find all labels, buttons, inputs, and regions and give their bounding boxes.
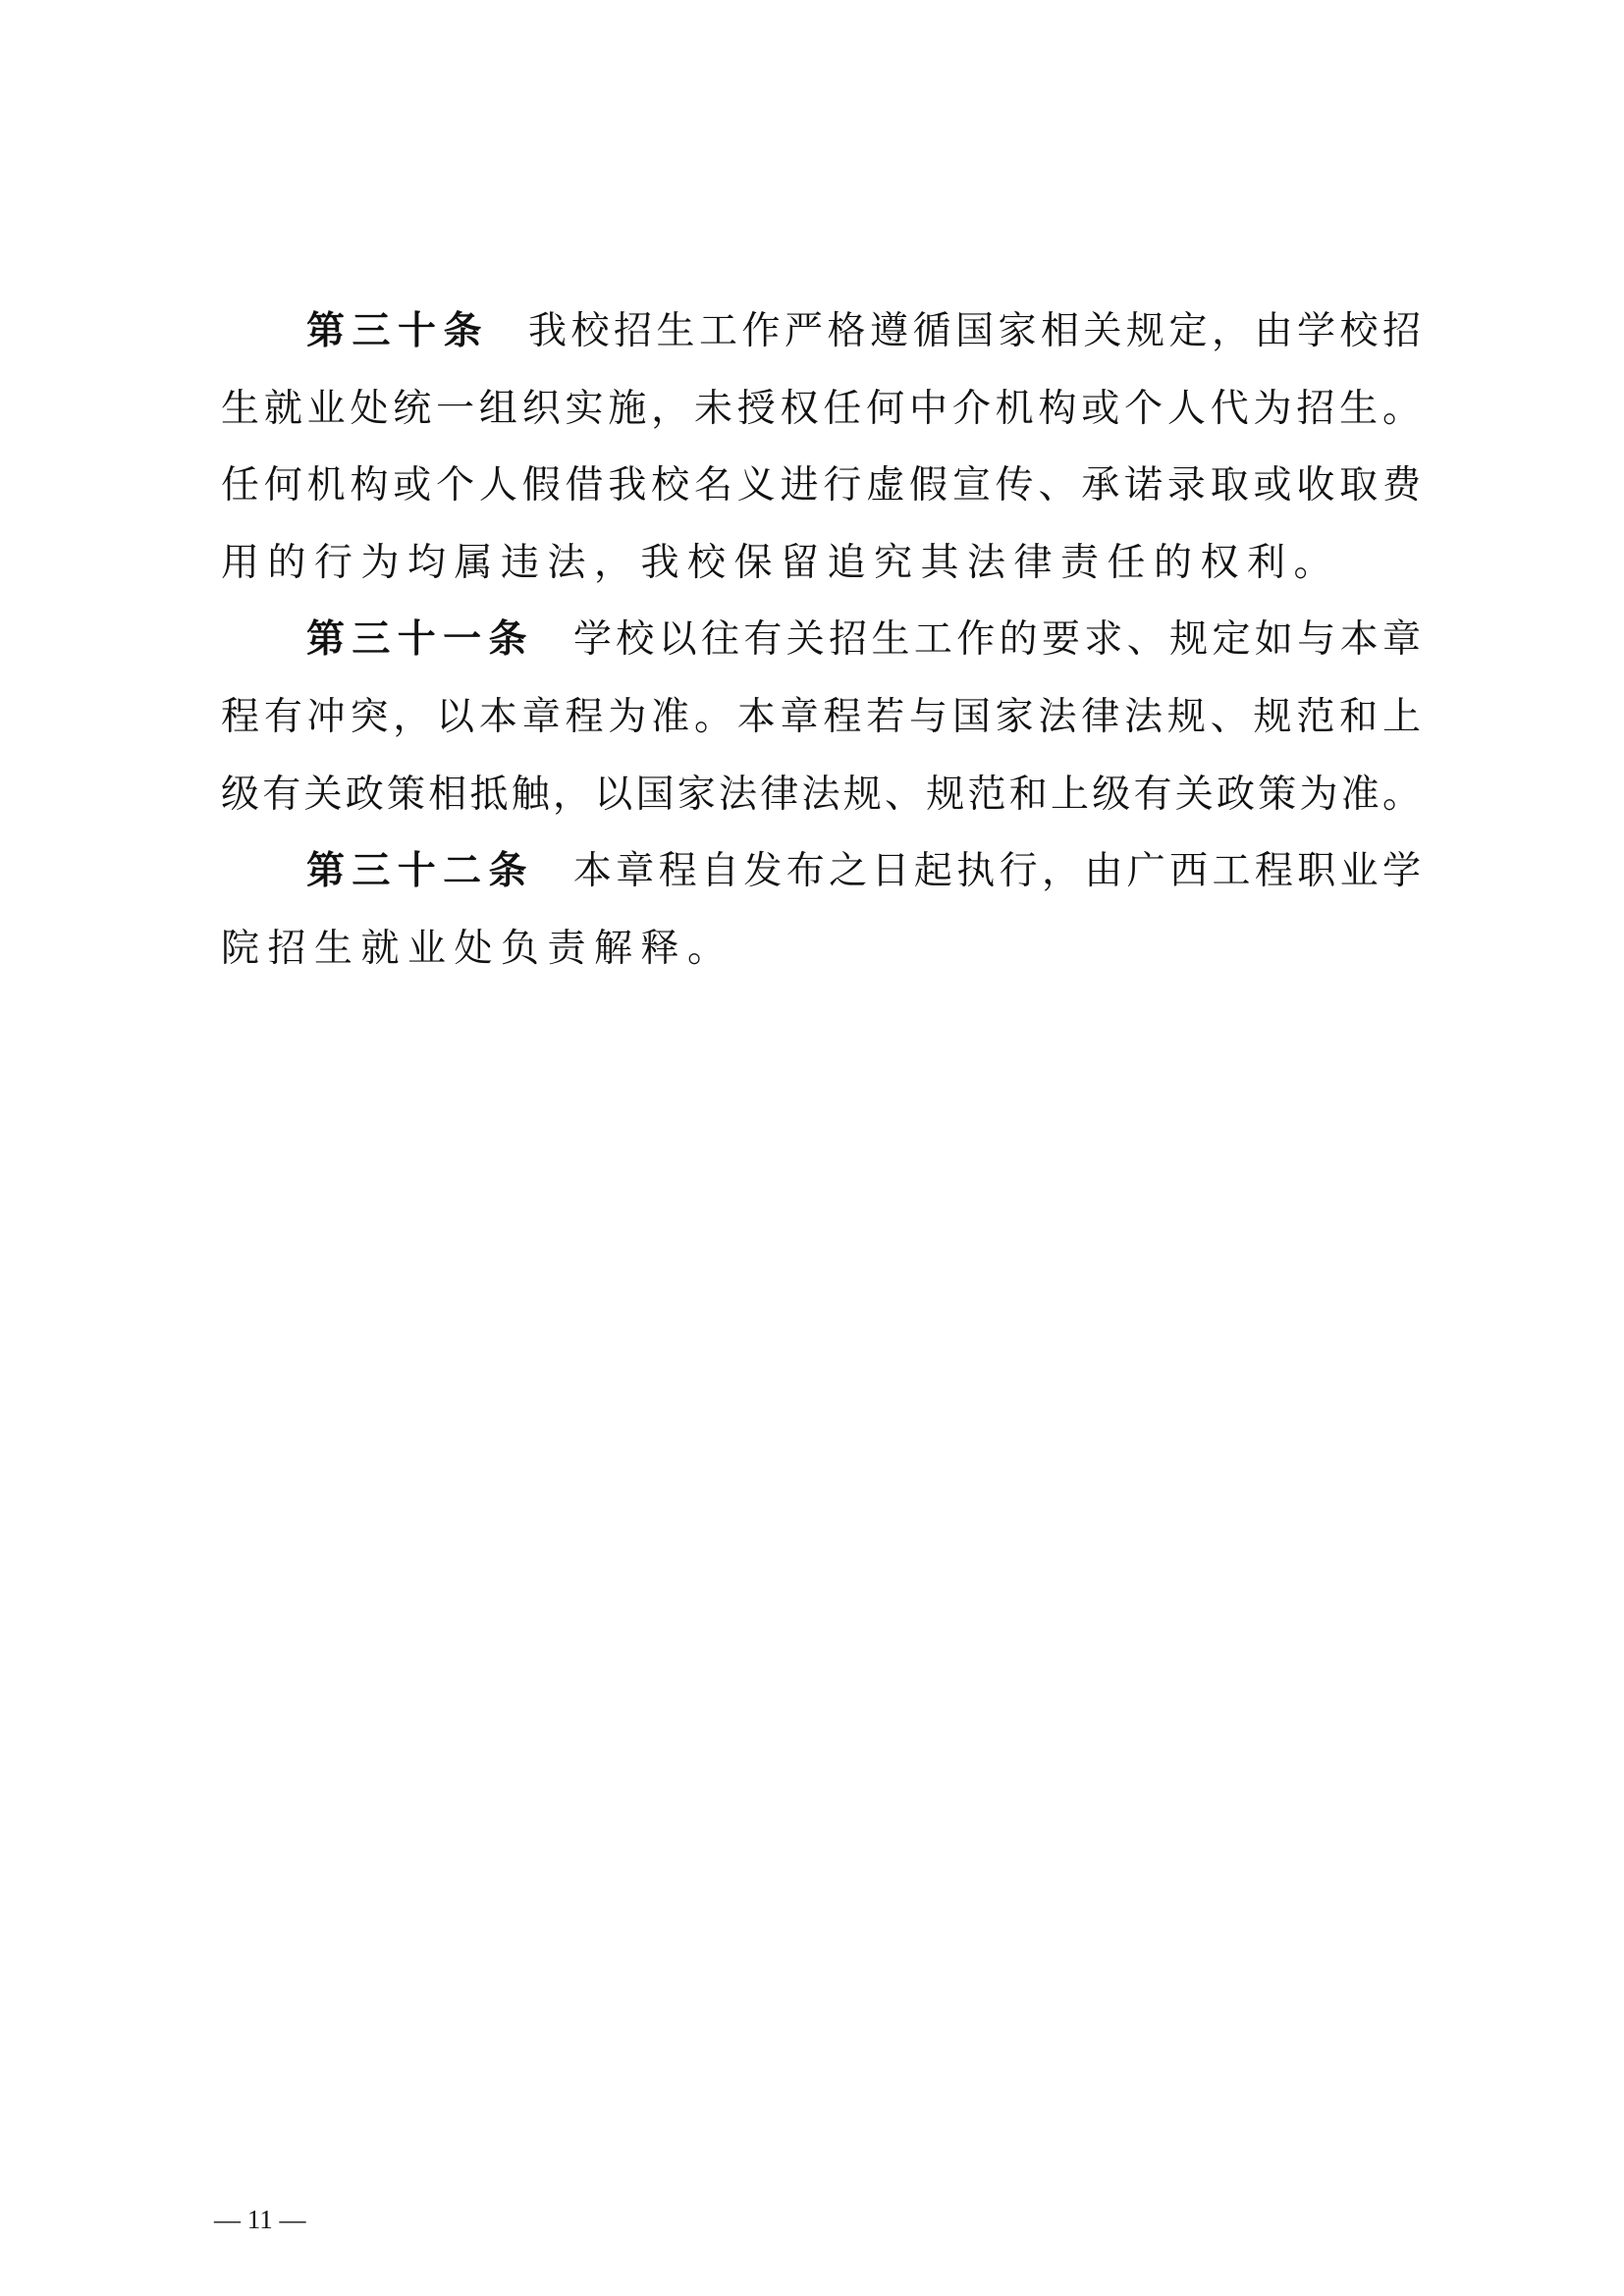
article-31-line-2: 程有冲突，以本章程为准。本章程若与国家法律法规、规范和上 (221, 688, 1421, 766)
article-32-heading: 第三十二条 (306, 849, 534, 893)
article-30-line-2: 生就业处统一组织实施，未授权任何中介机构或个人代为招生。 (221, 380, 1421, 457)
article-32-text-1: 本章程自发布之日起执行，由广西工程职业学 (573, 849, 1421, 893)
document-page: 第三十条我校招生工作严格遵循国家相关规定，由学校招 生就业处统一组织实施，未授权… (0, 0, 1624, 2296)
article-32-line-1: 第三十二条本章程自发布之日起执行，由广西工程职业学 (221, 842, 1421, 920)
article-31-heading: 第三十一条 (306, 617, 534, 662)
article-30-text-1: 我校招生工作严格遵循国家相关规定，由学校招 (528, 309, 1421, 353)
article-31-text-1: 学校以往有关招生工作的要求、规定如与本章 (573, 617, 1421, 662)
article-31-line-3: 级有关政策相抵触，以国家法律法规、规范和上级有关政策为准。 (221, 766, 1421, 843)
article-32-line-2: 院招生就业处负责解释。 (221, 920, 1421, 997)
document-body: 第三十条我校招生工作严格遵循国家相关规定，由学校招 生就业处统一组织实施，未授权… (221, 302, 1421, 996)
article-31-line-1: 第三十一条学校以往有关招生工作的要求、规定如与本章 (221, 611, 1421, 688)
article-30-heading: 第三十条 (306, 309, 489, 353)
page-number: — 11 — (214, 2205, 306, 2235)
article-30-line-1: 第三十条我校招生工作严格遵循国家相关规定，由学校招 (221, 302, 1421, 380)
article-30-line-4: 用的行为均属违法，我校保留追究其法律责任的权利。 (221, 534, 1421, 612)
article-30-line-3: 任何机构或个人假借我校名义进行虚假宣传、承诺录取或收取费 (221, 456, 1421, 534)
